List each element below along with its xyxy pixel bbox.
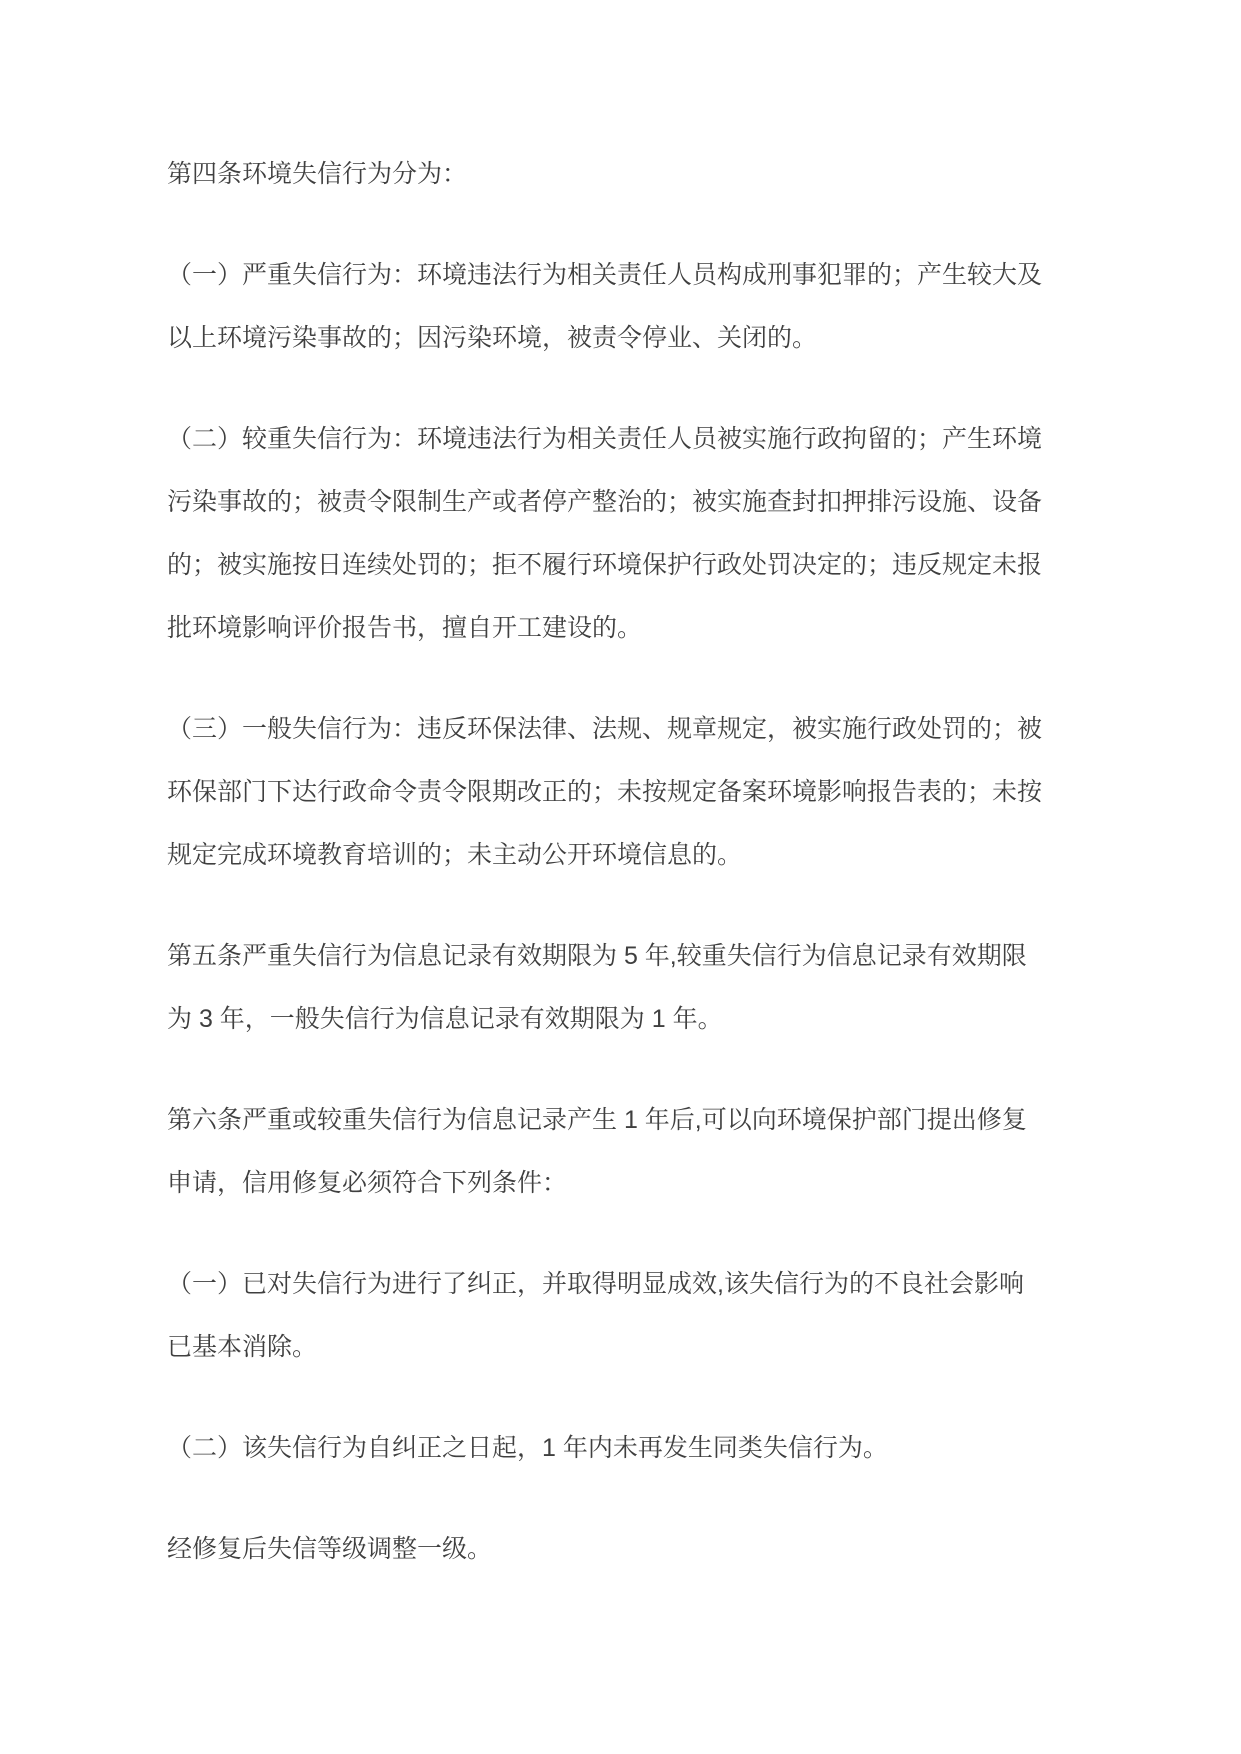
paragraph-article-4-item-1: （一）严重失信行为：环境违法行为相关责任人员构成刑事犯罪的；产生较大及 以上环境… <box>167 244 1075 370</box>
paragraph-repair-result: 经修复后失信等级调整一级。 <box>167 1518 1075 1581</box>
paragraph-article-4-item-3: （三）一般失信行为：违反环保法律、法规、规章规定，被实施行政处罚的；被 环保部门… <box>167 698 1075 887</box>
paragraph-article-6-item-1: （一）已对失信行为进行了纠正，并取得明显成效,该失信行为的不良社会影响 已基本消… <box>167 1253 1075 1379</box>
paragraph-article-5: 第五条严重失信行为信息记录有效期限为 5 年,较重失信行为信息记录有效期限 为 … <box>167 925 1075 1051</box>
paragraph-article-4-item-2: （二）较重失信行为：环境违法行为相关责任人员被实施行政拘留的；产生环境 污染事故… <box>167 408 1075 660</box>
paragraph-article-4-intro: 第四条环境失信行为分为： <box>167 143 1075 206</box>
paragraph-article-6-item-2: （二）该失信行为自纠正之日起，1 年内未再发生同类失信行为。 <box>167 1417 1075 1480</box>
document-page: 第四条环境失信行为分为： （一）严重失信行为：环境违法行为相关责任人员构成刑事犯… <box>167 143 1075 1619</box>
paragraph-article-6-intro: 第六条严重或较重失信行为信息记录产生 1 年后,可以向环境保护部门提出修复 申请… <box>167 1089 1075 1215</box>
